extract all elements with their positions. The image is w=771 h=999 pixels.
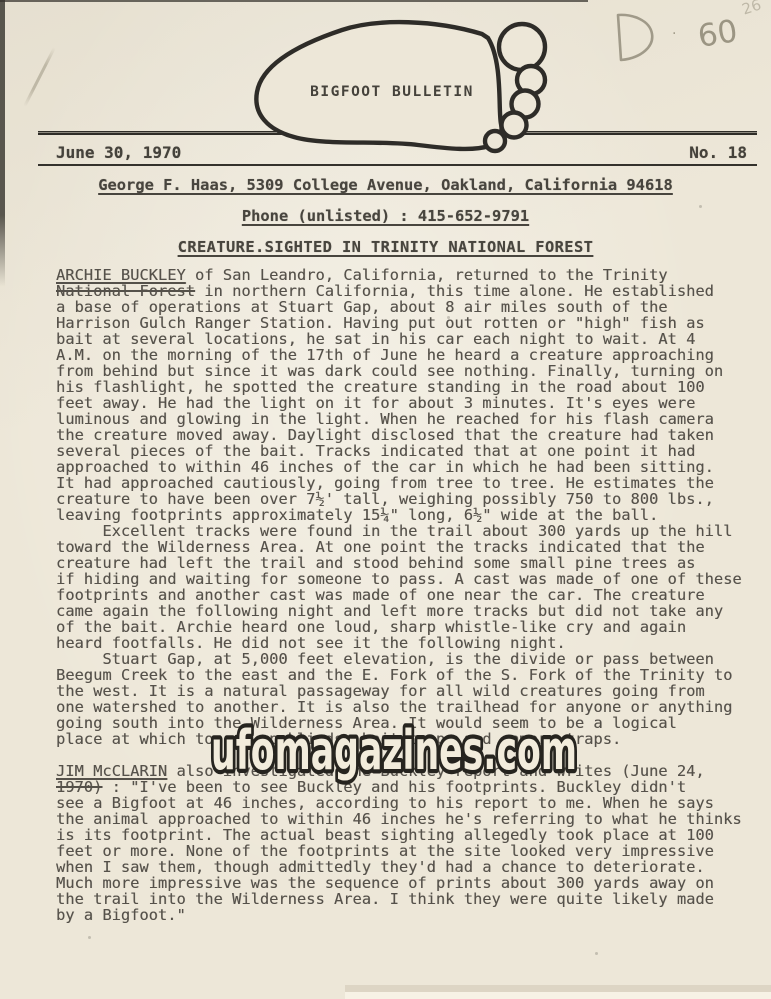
scan-edge-bottom-light <box>345 992 771 999</box>
article-body: ARCHIE BUCKLEY of San Leandro, Californi… <box>56 267 768 923</box>
publisher-phone-row: Phone (unlisted) : 415-652-9791 <box>0 207 771 225</box>
article-headline: CREATURE.SIGHTED IN TRINITY NATIONAL FOR… <box>178 238 594 256</box>
paragraph: Excellent tracks were found in the trail… <box>56 523 768 651</box>
pencil-mark-stroke <box>23 47 56 107</box>
scanned-bulletin-page: · 60 26 BIGFOOT BULLETIN June 30, 1970 N… <box>0 0 771 999</box>
scan-edge-bottom-shadow <box>345 985 771 992</box>
scan-edge-top <box>0 0 588 2</box>
issue-number: No. 18 <box>689 143 747 164</box>
paragraph: ARCHIE BUCKLEY of San Leandro, Californi… <box>56 267 768 523</box>
watermark: ufomagazines.com <box>198 720 590 786</box>
dateline-row: June 30, 1970 No. 18 <box>38 141 757 166</box>
text-segment: in northern California, this time alone.… <box>56 282 723 524</box>
publisher-address-row: George F. Haas, 5309 College Avenue, Oak… <box>0 176 771 194</box>
handwritten-letter-d <box>608 10 660 68</box>
footprint-logo: BIGFOOT BULLETIN <box>246 18 558 160</box>
watermark-text: ufomagazines.com <box>211 720 577 782</box>
article-headline-row: CREATURE.SIGHTED IN TRINITY NATIONAL FOR… <box>0 238 771 256</box>
handwritten-faint-corner-mark: 26 <box>740 0 764 19</box>
handwritten-number-60: 60 <box>695 13 740 55</box>
paragraph: JIM McCLARIN also investigated the Buckl… <box>56 763 768 923</box>
text-segment: : "I've been to see Buckley and his foot… <box>56 778 742 924</box>
masthead-title: BIGFOOT BULLETIN <box>310 84 474 100</box>
publisher-address: George F. Haas, 5309 College Avenue, Oak… <box>98 176 673 194</box>
text-segment: Excellent tracks were found in the trail… <box>56 522 742 652</box>
publisher-phone: Phone (unlisted) : 415-652-9791 <box>242 207 529 225</box>
handwritten-dot: · <box>672 26 676 42</box>
issue-date: June 30, 1970 <box>56 143 181 164</box>
